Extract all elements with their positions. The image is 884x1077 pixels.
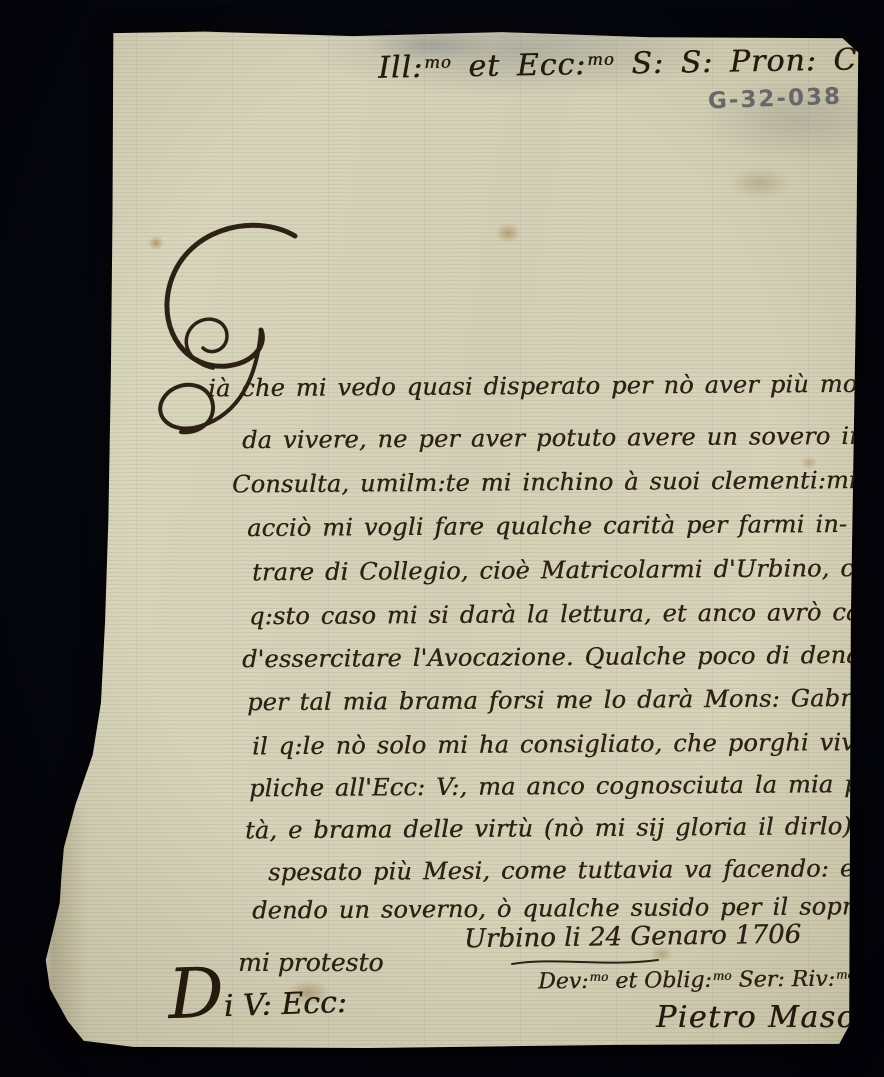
- closing-part: Dev:: [538, 969, 589, 994]
- place-date-line: Urbino li 24 Genaro 1706: [464, 920, 802, 955]
- manuscript-line: per tal mia brama forsi me lo darà Mons:…: [247, 684, 884, 717]
- manuscript-text: Ill:mo et Ecc:mo S: S: Pron: Col:mo G-32…: [40, 28, 864, 1050]
- manuscript-line: ià che mi vedo quasi disperato per nò av…: [208, 370, 884, 403]
- closing-superscript: mo: [836, 968, 855, 982]
- salutation-part: S: S: Pron: Col:: [615, 42, 884, 82]
- salutation-superscript: mo: [587, 50, 615, 69]
- closing-superscript: mo: [713, 969, 732, 983]
- manuscript-line: il q:le nò solo mi ha consigliato, che p…: [252, 728, 884, 761]
- paper-sheet: Ill:mo et Ecc:mo S: S: Pron: Col:mo G-32…: [40, 28, 864, 1050]
- addressee-abbreviation: Di V: Ecc:: [167, 949, 348, 1035]
- manuscript-line: tà, e brama delle virtù (nò mi sij glori…: [245, 812, 884, 845]
- manuscript-line: Consulta, umilm:te mi inchino à suoi cle…: [232, 466, 884, 499]
- signature-name: Pietro Maschi: [656, 1000, 884, 1035]
- salutation-part: et Ecc:: [451, 47, 586, 84]
- manuscript-line: q:sto caso mi si darà la lettura, et anc…: [249, 598, 884, 631]
- letter-page: Ill:mo et Ecc:mo S: S: Pron: Col:mo G-32…: [40, 28, 864, 1050]
- salutation-part: Ill:: [378, 50, 424, 86]
- closing-formula: Dev:mo et Oblig:mo Ser: Riv:mo: [538, 967, 855, 995]
- closing-part: Ser: Riv:: [731, 967, 835, 993]
- closing-superscript: mo: [589, 970, 608, 984]
- scan-background: Ill:mo et Ecc:mo S: S: Pron: Col:mo G-32…: [0, 0, 884, 1077]
- manuscript-line: pliche all'Ecc: V:, ma anco cognosciuta …: [249, 770, 884, 803]
- manuscript-line: trare di Collegio, cioè Matricolarmi d'U…: [252, 554, 884, 587]
- date-underline-flourish: [510, 956, 660, 968]
- salutation-superscript: mo: [424, 52, 452, 71]
- closing-part: et Oblig:: [608, 968, 712, 994]
- manuscript-line: acciò mi vogli fare qualche carità per f…: [247, 510, 847, 542]
- salutation-line: Ill:mo et Ecc:mo S: S: Pron: Col:mo: [378, 41, 884, 86]
- catalog-number: G-32-038: [708, 84, 843, 115]
- manuscript-line: da vivere, ne per aver potuto avere un s…: [242, 422, 865, 454]
- manuscript-line: d'essercitare l'Avocazione. Qualche poco…: [242, 641, 884, 674]
- manuscript-line: spesato più Mesi, come tuttavia va facen…: [268, 854, 884, 887]
